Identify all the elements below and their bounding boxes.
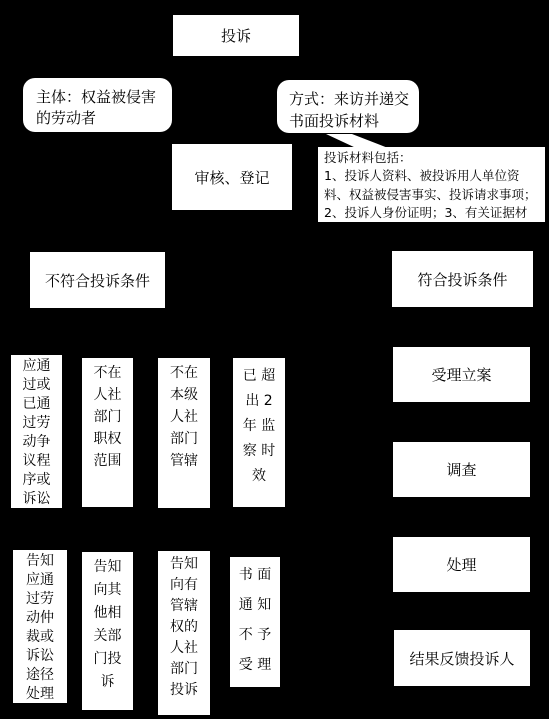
node-complaint-title: 投诉 [173,15,299,56]
node-handling: 处理 [393,537,530,592]
node-investigation: 调查 [393,442,530,497]
callout-materials-note: 投诉材料包括： 1、投诉人资料、被投诉用人单位资 料、权益被侵害事实、投诉请求事… [318,147,545,222]
node-reason-outside-jurisdiction: 不在 本级 人社 部门 管辖 [158,358,210,508]
node-accept-case: 受理立案 [393,347,530,402]
node-method: 方式：来访并递交 书面投诉材料 [277,80,419,133]
node-subject: 主体：权益被侵害 的劳动者 [23,78,172,132]
node-qualified: 符合投诉条件 [392,251,533,307]
node-action-notify-other-departments: 告知 向其 他相 关部 门投 诉 [82,552,133,710]
node-action-written-rejection: 书 面 通 知 不 予 受 理 [230,557,280,687]
node-reason-outside-authority: 不在 人社 部门 职权 范围 [82,358,133,507]
node-action-notify-arbitration: 告知 应通 过劳 动仲 裁或 诉讼 途径 处理 [13,550,67,703]
complaint-flowchart: 投诉 主体：权益被侵害 的劳动者 方式：来访并递交 书面投诉材料 审核、登记 投… [0,0,549,719]
node-reason-time-limit-exceeded: 已 超 出 2 年 监 察 时 效 [233,358,285,507]
node-action-notify-competent-department: 告知 向有 管辖 权的 人社 部门 投诉 [158,551,210,715]
node-feedback-complainant: 结果反馈投诉人 [394,630,530,686]
node-reason-labor-dispute-procedure: 应通 过或 已通 过劳 动争 议程 序或 诉讼 [11,355,62,508]
node-not-qualified: 不符合投诉条件 [30,252,165,308]
node-review-register: 审核、登记 [172,144,292,210]
